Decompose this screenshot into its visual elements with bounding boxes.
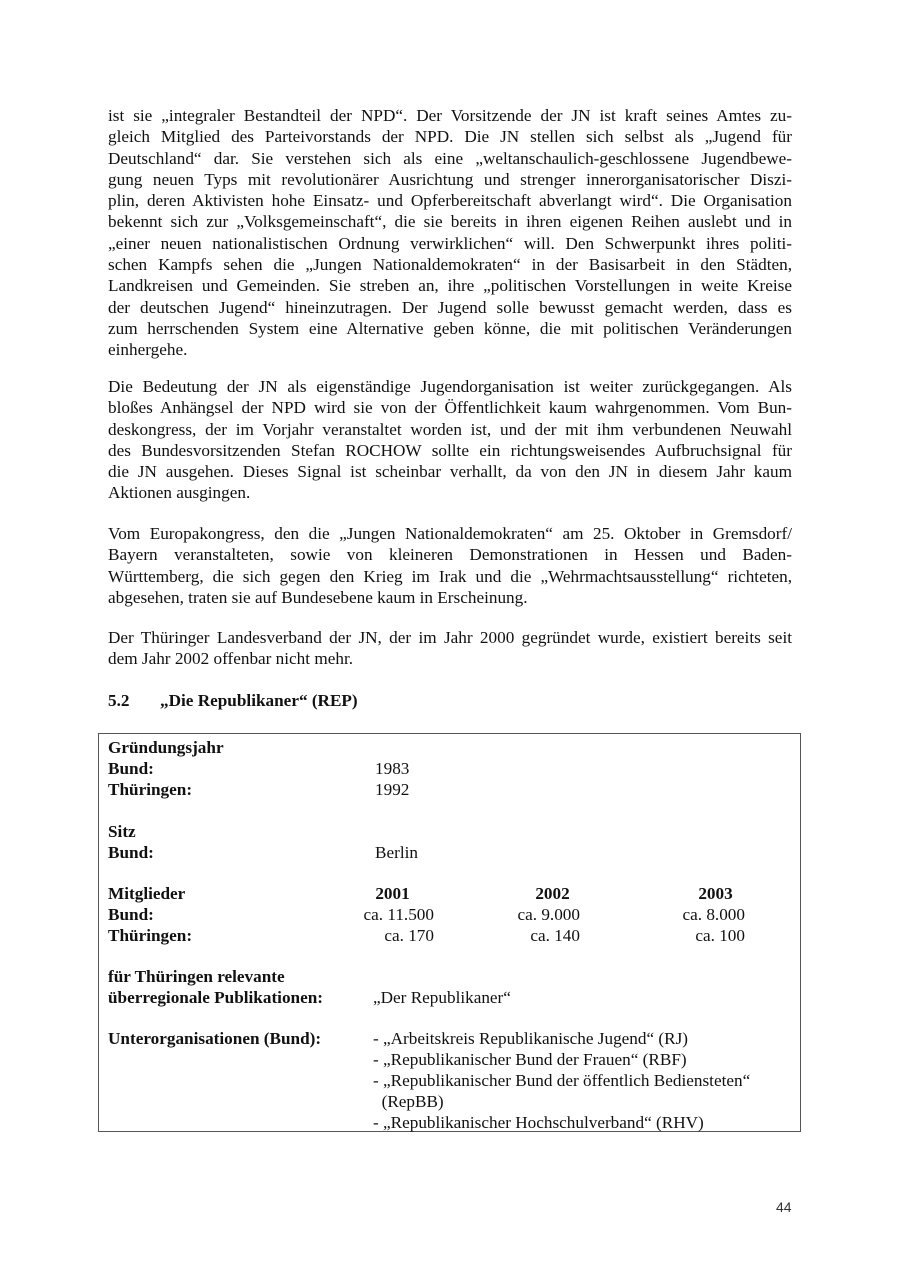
suborgs-label: Unterorganisationen (Bund): bbox=[108, 1028, 321, 1049]
text-line: gung neuen Typs mit revolutionärer Ausri… bbox=[108, 169, 792, 190]
text-line: gleich Mitglied des Parteivorstands der … bbox=[108, 126, 792, 147]
text-line: Vom Europakongress, den die „Jungen Nati… bbox=[108, 523, 792, 544]
publications-label-line2: überregionale Publikationen: bbox=[108, 987, 323, 1008]
members-year-2002: 2002 bbox=[505, 883, 600, 904]
members-thueringen-label: Thüringen: bbox=[108, 925, 192, 946]
paragraph-jn-significance: Die Bedeutung der JN als eigenständige J… bbox=[108, 376, 792, 504]
text-line: bloßes Anhängsel der NPD wird sie von de… bbox=[108, 397, 792, 418]
section-heading: 5.2„Die Republikaner“ (REP) bbox=[108, 691, 358, 711]
document-page: ist sie „integraler Bestandteil der NPD“… bbox=[0, 0, 900, 1273]
page-number: 44 bbox=[776, 1199, 792, 1215]
text-line: der deutschen Jugend“ hineinzutragen. De… bbox=[108, 297, 792, 318]
text-line: einhergehe. bbox=[108, 339, 792, 360]
publications-label-line1: für Thüringen relevante bbox=[108, 966, 285, 987]
suborg-item: - „Republikanischer Bund der öffentlich … bbox=[373, 1070, 750, 1091]
text-line: Württemberg, die sich gegen den Krieg im… bbox=[108, 566, 792, 587]
members-bund-label: Bund: bbox=[108, 904, 154, 925]
section-number: 5.2 bbox=[108, 691, 160, 711]
members-year-2003: 2003 bbox=[668, 883, 763, 904]
members-bund-2003: ca. 8.000 bbox=[645, 904, 745, 925]
suborg-item-continuation: (RepBB) bbox=[373, 1091, 444, 1112]
founding-thueringen-label: Thüringen: bbox=[108, 779, 192, 800]
members-year-2001: 2001 bbox=[345, 883, 440, 904]
suborg-item: - „Republikanischer Bund der Frauen“ (RB… bbox=[373, 1049, 687, 1070]
paragraph-jn-events: Vom Europakongress, den die „Jungen Nati… bbox=[108, 523, 792, 608]
members-bund-2002: ca. 9.000 bbox=[480, 904, 580, 925]
text-line: bekennt sich zur „Volksgemeinschaft“, di… bbox=[108, 211, 792, 232]
seat-bund-label: Bund: bbox=[108, 842, 154, 863]
founding-label: Gründungsjahr bbox=[108, 737, 224, 758]
members-thueringen-2003: ca. 100 bbox=[645, 925, 745, 946]
members-thueringen-2001: ca. 170 bbox=[330, 925, 434, 946]
founding-bund-label: Bund: bbox=[108, 758, 154, 779]
text-line: Aktionen ausgingen. bbox=[108, 482, 792, 503]
members-bund-2001: ca. 11.500 bbox=[330, 904, 434, 925]
founding-thueringen-value: 1992 bbox=[375, 779, 409, 800]
text-line: abgesehen, traten sie auf Bundesebene ka… bbox=[108, 587, 792, 608]
suborg-item: - „Arbeitskreis Republikanische Jugend“ … bbox=[373, 1028, 688, 1049]
text-line: plin, deren Aktivisten hohe Einsatz- und… bbox=[108, 190, 792, 211]
seat-bund-value: Berlin bbox=[375, 842, 418, 863]
suborg-item: - „Republikanischer Hochschulverband“ (R… bbox=[373, 1112, 704, 1133]
text-line: Der Thüringer Landesverband der JN, der … bbox=[108, 627, 792, 648]
text-line: deskongress, der im Vorjahr veranstaltet… bbox=[108, 419, 792, 440]
text-line: Bayern veranstalteten, sowie von kleiner… bbox=[108, 544, 792, 565]
text-line: Landkreisen und Gemeinden. Sie streben a… bbox=[108, 275, 792, 296]
text-line: Deutschland“ dar. Sie verstehen sich als… bbox=[108, 148, 792, 169]
paragraph-jn-description: ist sie „integraler Bestandteil der NPD“… bbox=[108, 105, 792, 361]
publications-value: „Der Republikaner“ bbox=[373, 987, 511, 1008]
text-line: die JN ausgehen. Dieses Signal ist schei… bbox=[108, 461, 792, 482]
paragraph-jn-thueringen: Der Thüringer Landesverband der JN, der … bbox=[108, 627, 792, 670]
text-line: ist sie „integraler Bestandteil der NPD“… bbox=[108, 105, 792, 126]
text-line: schen Kampfs sehen die „Jungen Nationald… bbox=[108, 254, 792, 275]
members-thueringen-2002: ca. 140 bbox=[480, 925, 580, 946]
text-line: „einer neuen nationalistischen Ordnung v… bbox=[108, 233, 792, 254]
text-line: Die Bedeutung der JN als eigenständige J… bbox=[108, 376, 792, 397]
members-label: Mitglieder bbox=[108, 883, 185, 904]
text-line: des Bundesvorsitzenden Stefan ROCHOW sol… bbox=[108, 440, 792, 461]
text-line: zum herrschenden System eine Alternative… bbox=[108, 318, 792, 339]
section-title: „Die Republikaner“ (REP) bbox=[160, 691, 358, 710]
text-line: dem Jahr 2002 offenbar nicht mehr. bbox=[108, 648, 792, 669]
founding-bund-value: 1983 bbox=[375, 758, 409, 779]
seat-label: Sitz bbox=[108, 821, 136, 842]
